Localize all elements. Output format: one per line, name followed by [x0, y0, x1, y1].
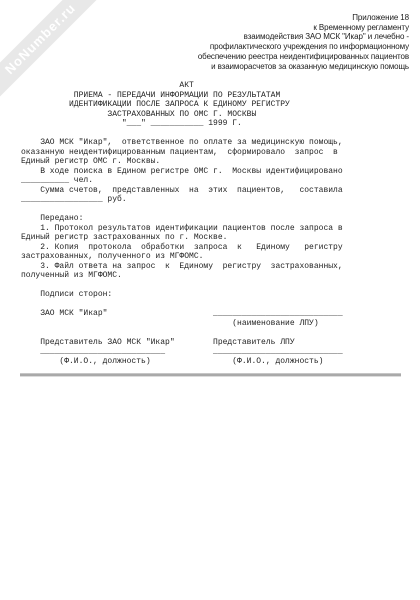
- doc-signature-line: __________________________ _____________…: [21, 347, 343, 357]
- doc-text-line: Передано:: [21, 214, 343, 224]
- doc-title-line: АКТ: [21, 81, 343, 91]
- document-page: NoNumber.ru Приложение 18 к Временному р…: [0, 0, 420, 600]
- doc-blank-line: [21, 129, 343, 139]
- doc-blank-line: [21, 205, 343, 215]
- header-line: профилактического учреждения по информац…: [198, 42, 409, 52]
- doc-list-item: 1. Протокол результатов идентификации па…: [21, 224, 343, 234]
- doc-text-line: В ходе поиска в Едином регистре ОМС г. М…: [21, 167, 343, 177]
- doc-text-line: ЗАО МСК "Икар", ответственное по оплате …: [21, 138, 343, 148]
- header-line: и взаиморасчетов за оказанную медицинску…: [198, 62, 409, 72]
- doc-signature-line: Представитель ЗАО МСК "Икар" Представите…: [21, 338, 343, 348]
- doc-text-line: Подписи сторон:: [21, 290, 343, 300]
- doc-list-item: полученный из МГФОМС.: [21, 271, 343, 281]
- doc-date-line: "___" ___________ 1999 Г.: [21, 119, 343, 129]
- doc-fill-in-line: _________________ руб.: [21, 195, 343, 205]
- divider-line: [20, 373, 401, 377]
- doc-blank-line: [21, 328, 343, 338]
- doc-text-line: Сумма счетов, представленных на этих пац…: [21, 186, 343, 196]
- doc-blank-line: [21, 300, 343, 310]
- header-line: взаимодействия ЗАО МСК "Икар" и лечебно …: [198, 32, 409, 42]
- header-line: Приложение 18: [198, 13, 409, 23]
- watermark-text: NoNumber.ru: [2, 0, 79, 77]
- doc-list-item: 3. Файл ответа на запрос к Единому регис…: [21, 262, 343, 272]
- doc-list-item: 2. Копия протокола обработки запроса к Е…: [21, 243, 343, 253]
- doc-blank-line: [21, 281, 343, 291]
- header-line: к Временному регламенту: [198, 23, 409, 33]
- doc-text-line: Единый регистр ОМС г. Москвы.: [21, 157, 343, 167]
- appendix-header: Приложение 18 к Временному регламенту вз…: [198, 13, 409, 71]
- doc-signature-caption: (Ф.И.О., должность) (Ф.И.О., должность): [21, 357, 343, 367]
- doc-fill-in-line: __________ чел.: [21, 176, 343, 186]
- doc-text-line: оказанную неидентифицированным пациентам…: [21, 148, 343, 158]
- doc-list-item: Единый регистр застрахованных по г. Моск…: [21, 233, 343, 243]
- doc-signature-line: ЗАО МСК "Икар" _________________________…: [21, 309, 343, 319]
- doc-title-line: ЗАСТРАХОВАННЫХ ПО ОМС Г. МОСКВЫ: [21, 110, 343, 120]
- doc-title-line: ИДЕНТИФИКАЦИИ ПОСЛЕ ЗАПРОСА К ЕДИНОМУ РЕ…: [21, 100, 343, 110]
- document-body: АКТ ПРИЕМА - ПЕРЕДАЧИ ИНФОРМАЦИИ ПО РЕЗУ…: [21, 81, 343, 366]
- doc-title-line: ПРИЕМА - ПЕРЕДАЧИ ИНФОРМАЦИИ ПО РЕЗУЛЬТА…: [21, 91, 343, 101]
- doc-signature-caption: (наименование ЛПУ): [21, 319, 343, 329]
- doc-list-item: застрахованных, полученного из МГФОМС.: [21, 252, 343, 262]
- header-line: обеспечению реестра неидентифицированных…: [198, 52, 409, 62]
